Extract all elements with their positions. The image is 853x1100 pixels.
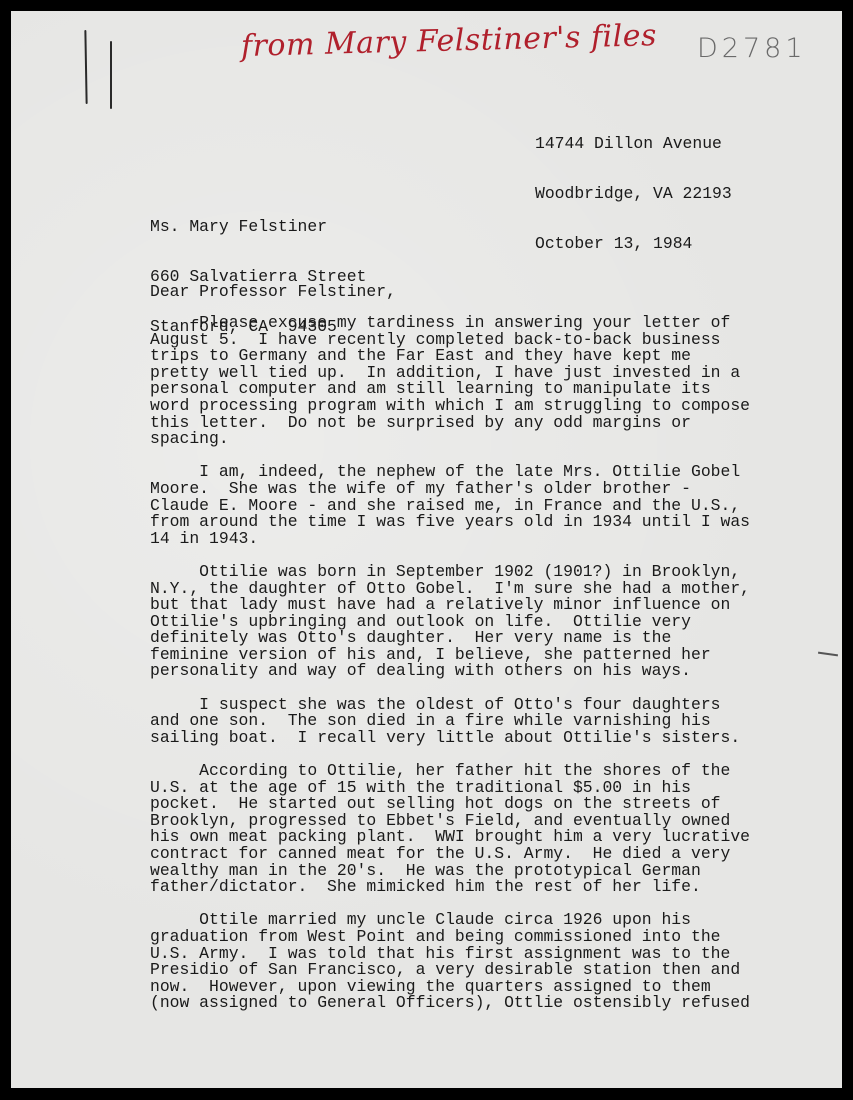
body-paragraph: I suspect she was the oldest of Otto's f… bbox=[150, 697, 750, 747]
body-line: this letter. Do not be surprised by any … bbox=[150, 415, 750, 432]
pencil-mark-left bbox=[84, 30, 87, 104]
recipient-name: Ms. Mary Felstiner bbox=[150, 219, 366, 236]
body-paragraph: Please excuse my tardiness in answering … bbox=[150, 315, 750, 448]
archive-id: D2781 bbox=[697, 33, 807, 64]
pencil-mark-right bbox=[110, 41, 112, 109]
body-line: Ottilie was born in September 1902 (1901… bbox=[150, 564, 750, 581]
body-line: sailing boat. I recall very little about… bbox=[150, 730, 750, 747]
handwritten-note: from Mary Felstiner's files bbox=[241, 18, 658, 64]
body-line: 14 in 1943. bbox=[150, 531, 750, 548]
salutation: Dear Professor Felstiner, bbox=[150, 284, 396, 301]
sender-street: 14744 Dillon Avenue bbox=[535, 136, 732, 153]
sender-address-block: 14744 Dillon Avenue Woodbridge, VA 22193… bbox=[535, 103, 732, 286]
letter-date: October 13, 1984 bbox=[535, 236, 732, 253]
body-line: father/dictator. She mimicked him the re… bbox=[150, 879, 750, 896]
sender-city: Woodbridge, VA 22193 bbox=[535, 186, 732, 203]
body-line: personality and way of dealing with othe… bbox=[150, 663, 750, 680]
body-paragraph: According to Ottilie, her father hit the… bbox=[150, 763, 750, 896]
body-line: spacing. bbox=[150, 431, 750, 448]
letter-page: from Mary Felstiner's files D2781 14744 … bbox=[11, 11, 842, 1088]
body-paragraph: I am, indeed, the nephew of the late Mrs… bbox=[150, 464, 750, 547]
body-paragraph: Ottilie was born in September 1902 (1901… bbox=[150, 564, 750, 680]
body-paragraph: Ottile married my uncle Claude circa 192… bbox=[150, 912, 750, 1012]
letter-body: Please excuse my tardiness in answering … bbox=[150, 315, 750, 1029]
body-line: (now assigned to General Officers), Ottl… bbox=[150, 995, 750, 1012]
margin-pencil-tick bbox=[818, 652, 838, 657]
